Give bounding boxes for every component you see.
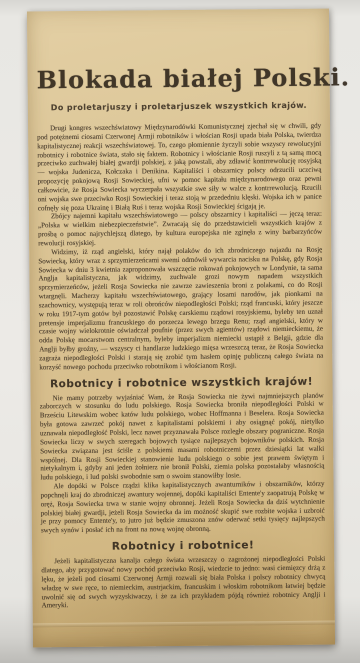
document-page: Blokada białej Polski. Do proletarjuszy … — [27, 9, 335, 648]
paragraph-1: Drugi kongres wszechświatowy Międzynarod… — [37, 122, 322, 213]
paragraph-3: Widzimy, iż rząd angielski, który najął … — [38, 245, 323, 372]
photo-background: Blokada białej Polski. Do proletarjuszy … — [0, 0, 360, 663]
section-heading-workers-of-all-countries: Robotnicy i robotnice wszystkich krajów! — [39, 375, 323, 390]
document-title: Blokada białej Polski. — [36, 63, 320, 96]
paragraph-4: Nie mamy potrzeby wyjaśniać Wam, że Rosj… — [40, 391, 325, 482]
document-subtitle: Do proletarjuszy i proletarjuszek wszyst… — [37, 101, 321, 114]
paragraph-5: Ale dopóki w Polsce rządzi klika kapital… — [40, 480, 324, 536]
paragraph-6: Jeżeli kapitalistyczna kanalja całego św… — [41, 555, 325, 611]
section-heading-workers: Robotnicy i robotnice! — [41, 539, 325, 554]
paragraph-2: Zbójcy najemni kapitału wszechświatowego… — [38, 210, 322, 248]
paper-crease — [33, 621, 335, 628]
